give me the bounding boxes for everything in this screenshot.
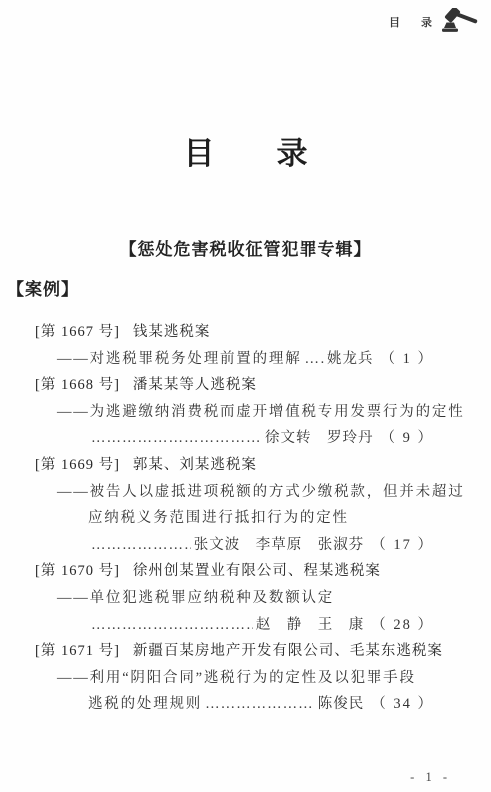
running-head: 目 录 [389,8,481,35]
toc-entry: [第 1670 号] 徐州创某置业有限公司、程某逃税案 ——单位犯逃税罪应纳税种… [35,558,434,638]
leader-dots: …………………………………………………………………………………………………………… [205,691,315,718]
case-subtitle-line: ——利用“阴阳合同”逃税行为的定性及以犯罪手段 [35,665,434,692]
subtitle-text: ——为逃避缴纳消费税而虚开增值税专用发票行为的定性 [57,399,465,426]
case-title-line: [第 1670 号] 徐州创某置业有限公司、程某逃税案 [35,558,434,585]
leader-dots: …………………………………………………………………………………………………………… [91,425,262,452]
case-page-number: （ 28 ） [371,612,434,639]
subtitle-text: 应纳税义务范围进行抵扣行为的定性 [88,505,349,532]
subtitle-text: ——对逃税罪税务处理前置的理解 [57,346,302,373]
case-authors: 陈俊民 [318,691,365,718]
case-leader-line: …………………………………………………………………………………………………………… [35,425,434,452]
toc-entry: [第 1671 号] 新疆百某房地产开发有限公司、毛某东逃税案 ——利用“阴阳合… [35,638,434,718]
case-title: 新疆百某房地产开发有限公司、毛某东逃税案 [133,638,443,665]
case-number: [第 1668 号] [35,372,120,399]
case-authors: 张文波 李草原 张淑芬 [194,532,365,559]
case-title: 钱某逃税案 [133,319,211,346]
section-header: 【惩处危害税收征管犯罪专辑】 [0,235,491,260]
case-page-number: （ 34 ） [371,691,434,718]
case-number: [第 1670 号] [35,558,120,585]
toc-page: 目 录 目 录 【惩处危害税收征管犯罪专辑】 【案例】 [第 1667 号] 钱… [0,0,491,792]
subtitle-text: ——单位犯逃税罪应纳税种及数额认定 [57,585,334,612]
case-page-number: （ 17 ） [371,532,434,559]
case-title: 郭某、刘某逃税案 [133,452,257,479]
case-number: [第 1671 号] [35,638,120,665]
folio-page-number: - 1 - [410,770,451,785]
case-subtitle-line: ——为逃避缴纳消费税而虚开增值税专用发票行为的定性 [35,399,434,426]
toc-list: [第 1667 号] 钱某逃税案 ——对逃税罪税务处理前置的理解 …………………… [35,319,434,718]
case-title-line: [第 1671 号] 新疆百某房地产开发有限公司、毛某东逃税案 [35,638,434,665]
case-leader-line: …………………………………………………………………………………………………………… [35,532,434,559]
case-title-line: [第 1668 号] 潘某某等人逃税案 [35,372,434,399]
case-title: 徐州创某置业有限公司、程某逃税案 [133,558,381,585]
subtitle-text: ——被告人以虚抵进项税额的方式少缴税款，但并未超过 [57,479,465,506]
case-page-number: （ 1 ） [381,346,435,373]
case-authors: 赵 静 王 康 [256,612,365,639]
gavel-icon [441,8,481,35]
case-title: 潘某某等人逃税案 [133,372,257,399]
case-authors: 姚龙兵 [327,346,374,373]
toc-entry: [第 1668 号] 潘某某等人逃税案 ——为逃避缴纳消费税而虚开增值税专用发票… [35,372,434,452]
case-subtitle-line: ——对逃税罪税务处理前置的理解 ………………………………………………………………… [35,346,434,373]
toc-entry: [第 1667 号] 钱某逃税案 ——对逃税罪税务处理前置的理解 …………………… [35,319,434,372]
toc-entry: [第 1669 号] 郭某、刘某逃税案 ——被告人以虚抵进项税额的方式少缴税款，… [35,452,434,558]
leader-dots: …………………………………………………………………………………………………………… [305,346,325,373]
leader-dots: …………………………………………………………………………………………………………… [91,612,253,639]
leader-dots: …………………………………………………………………………………………………………… [91,532,191,559]
case-title-line: [第 1667 号] 钱某逃税案 [35,319,434,346]
running-head-text: 目 录 [389,14,437,30]
case-subtitle-line: ——单位犯逃税罪应纳税种及数额认定 [35,585,434,612]
page-title: 目 录 [0,128,491,173]
case-number: [第 1667 号] [35,319,120,346]
case-subtitle-continuation: 应纳税义务范围进行抵扣行为的定性 [35,505,434,532]
case-subtitle-line: ——被告人以虚抵进项税额的方式少缴税款，但并未超过 [35,479,434,506]
case-subtitle-continuation: 逃税的处理规则 ……………………………………………………………………………………… [35,691,434,718]
case-authors: 徐文转 罗玲丹 [265,425,374,452]
case-page-number: （ 9 ） [381,425,435,452]
subtitle-text: 逃税的处理规则 [88,691,202,718]
case-title-line: [第 1669 号] 郭某、刘某逃税案 [35,452,434,479]
category-header: 【案例】 [7,275,491,300]
case-number: [第 1669 号] [35,452,120,479]
case-leader-line: …………………………………………………………………………………………………………… [35,612,434,639]
subtitle-text: ——利用“阴阳合同”逃税行为的定性及以犯罪手段 [57,665,416,692]
